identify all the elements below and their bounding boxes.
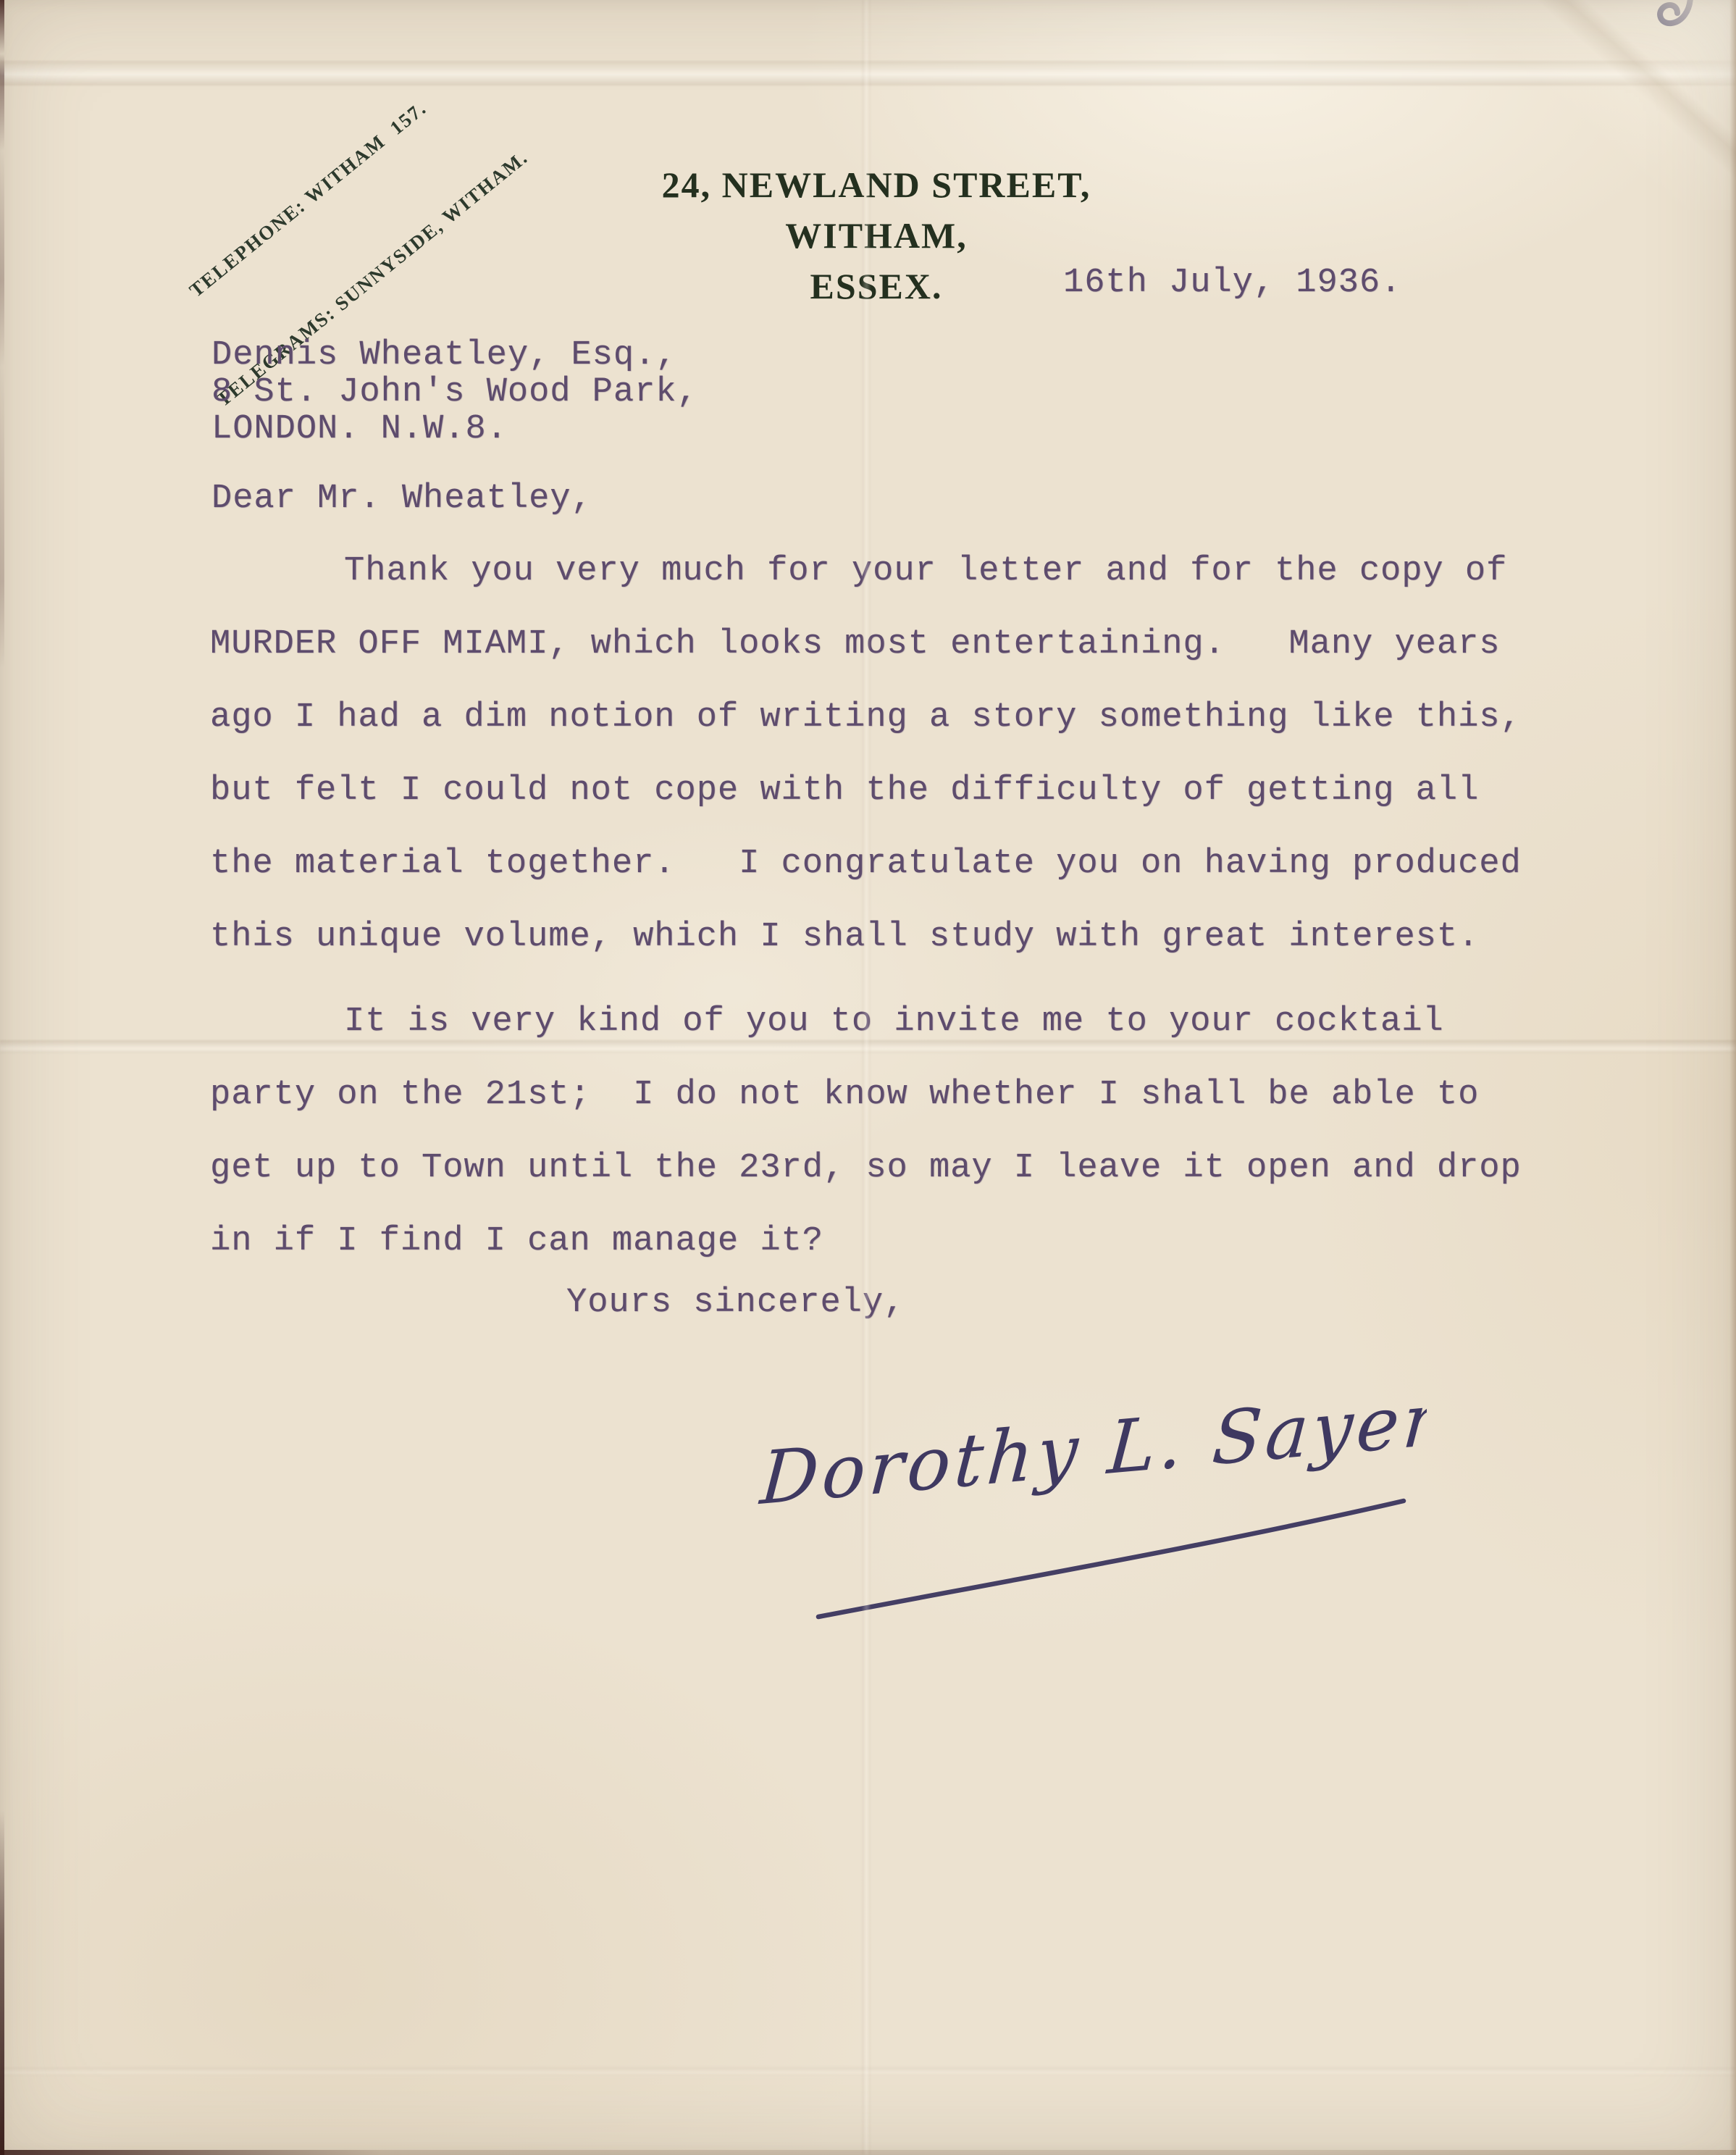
letterhead-address: 24, NEWLAND STREET, WITHAM, ESSEX. [637,159,1115,311]
signature: Dorothy L. Sayers [717,1362,1427,1710]
letterhead-county: ESSEX. [637,261,1115,311]
ink-mark-icon [1651,0,1703,41]
body-line: get up to Town until the 23rd, so may I … [210,1149,1522,1187]
recipient-name: Dennis Wheatley, Esq., [211,336,677,374]
signature-underline-flourish [818,1501,1404,1617]
paper-edge-right [1729,0,1736,2155]
fold-crease-middle [0,1040,1736,1053]
body-line: Thank you very much for your letter and … [210,552,1507,590]
body-line: in if I find I can manage it? [210,1222,823,1260]
body-line: party on the 21st; I do not know whether… [210,1076,1479,1114]
recipient-street: 8 St. John's Wood Park, [211,373,698,411]
body-line: MURDER OFF MIAMI, which looks most enter… [210,625,1500,664]
letterhead-street: 24, NEWLAND STREET, [637,159,1115,210]
body-line: but felt I could not cope with the diffi… [210,771,1479,810]
closing: Yours sincerely, [566,1284,905,1322]
letter-page: TELEPHONE: WITHAM 157. TELEGRAMS: SUNNYS… [0,0,1736,2155]
recipient-city: LONDON. N.W.8. [211,410,508,448]
paper-edge-bottom [0,2150,1736,2155]
letterhead-telephone: TELEPHONE: WITHAM 157. [145,62,472,337]
fold-crease-bottom [0,2067,1736,2076]
fold-crease-top [0,61,1736,85]
signature-name-text: Dorothy L. Sayers [756,1373,1427,1522]
letter-date: 16th July, 1936. [1063,264,1401,302]
body-line: the material together. I congratulate yo… [210,845,1522,883]
body-line: It is very kind of you to invite me to y… [210,1003,1444,1041]
body-line: this unique volume, which I shall study … [210,918,1479,956]
paper-edge-left [0,0,4,2155]
letterhead-town: WITHAM, [637,210,1115,261]
salutation: Dear Mr. Wheatley, [211,480,592,518]
body-line: ago I had a dim notion of writing a stor… [210,698,1522,737]
letterhead-diagonal-block: TELEPHONE: WITHAM 157. TELEGRAMS: SUNNYS… [145,116,536,362]
